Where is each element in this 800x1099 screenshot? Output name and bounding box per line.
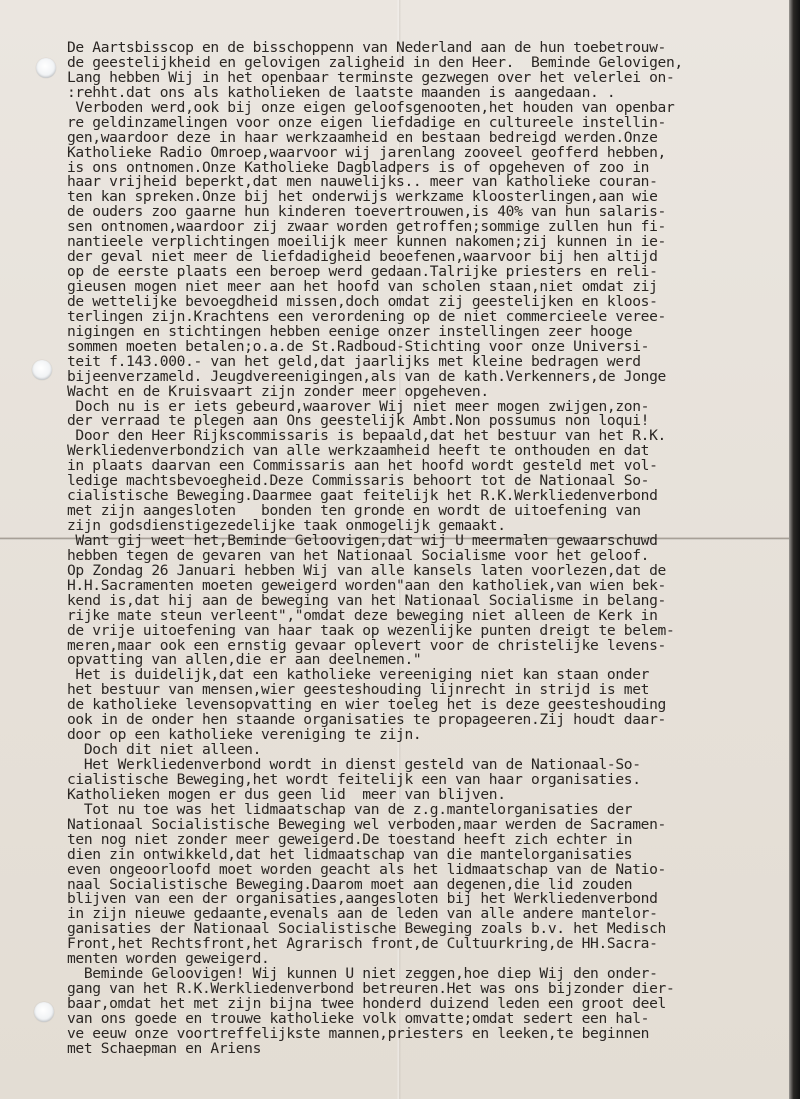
punch-hole-bottom: [34, 1002, 54, 1022]
scan-edge-shadow: [789, 0, 800, 1099]
letter-body: De Aartsbisscop en de bisschoppenn van N…: [67, 41, 787, 1057]
punch-hole-middle: [32, 360, 52, 380]
punch-hole-top: [36, 58, 56, 78]
letter-line: met Schaepman en Ariens: [67, 1042, 787, 1057]
scanned-letter-page: De Aartsbisscop en de bisschoppenn van N…: [0, 0, 789, 1099]
